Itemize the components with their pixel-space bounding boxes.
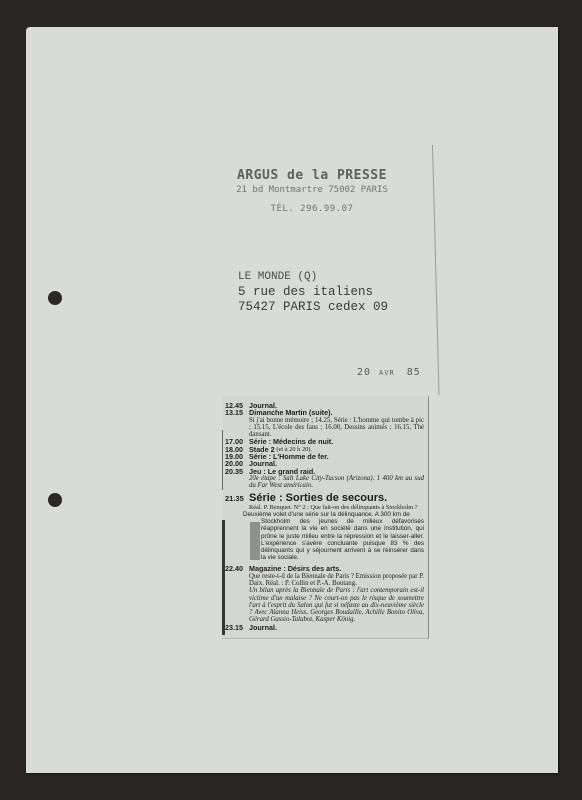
clipping-edge-mark [222, 430, 223, 490]
agency-stamp: ARGUS de la PRESSE 21 bd Montmartre 7500… [222, 168, 402, 214]
program-time: 13.15 [225, 409, 249, 416]
program-time: 20.35 [225, 468, 249, 475]
stamp-title: ARGUS de la PRESSE [222, 168, 402, 183]
program-listing: 12.45 Journal. 13.15 Dimanche Martin (su… [225, 402, 424, 631]
program-title: Jeu : Le grand raid. [249, 468, 315, 475]
featured-credits: Réal. P. Benquet. N° 2 : Que fait-on des… [225, 504, 424, 511]
punch-hole-top [48, 291, 62, 305]
recipient-name: LE MONDE (Q) [238, 270, 388, 285]
program-title: Magazine : Désirs des arts. [249, 565, 341, 572]
program-time: 23.15 [225, 624, 249, 631]
recipient-street: 5 rue des italiens [238, 285, 388, 300]
newspaper-clipping: 12.45 Journal. 13.15 Dimanche Martin (su… [222, 396, 429, 639]
program-description: Si j'ai bonne mémoire ; 14.25, Série : L… [225, 417, 424, 439]
date-year: 85 [407, 367, 421, 378]
stamp-address: 21 bd Montmartre 75002 PARIS [222, 185, 402, 195]
program-description: 20e étape : Salt Lake City-Tucson (Arizo… [225, 475, 424, 490]
program-row: 13.15 Dimanche Martin (suite). [225, 409, 424, 416]
program-description: Un bilan après la Biennale de Paris : l'… [225, 587, 424, 623]
featured-title: Série : Sorties de secours. [249, 492, 387, 504]
program-description: Que reste-t-il de la Biennale de Paris ?… [225, 573, 424, 588]
featured-program: 21.35 Série : Sorties de secours. [225, 492, 424, 504]
recipient-address: LE MONDE (Q) 5 rue des italiens 75427 PA… [238, 270, 388, 315]
stamp-phone: TÉL. 296.99.07 [222, 204, 402, 214]
date-stamp: 20AVR85 [357, 367, 421, 378]
program-title: Journal. [249, 624, 277, 631]
recipient-city: 75427 PARIS cedex 09 [238, 300, 388, 315]
clipping-dark-bar [222, 520, 225, 635]
program-title: Dimanche Martin (suite). [249, 409, 332, 416]
program-time: 21.35 [225, 492, 249, 504]
program-row: 23.15 Journal. [225, 624, 424, 631]
date-day: 20 [357, 367, 371, 378]
program-time: 22.40 [225, 565, 249, 572]
date-month: AVR [379, 369, 395, 377]
photo-placeholder [250, 522, 260, 560]
program-row: 20.35 Jeu : Le grand raid. [225, 468, 424, 475]
featured-intro: Deuxième volet d'une série sur la délinq… [225, 511, 424, 518]
punch-hole-bottom [48, 493, 62, 507]
program-row: 22.40 Magazine : Désirs des arts. [225, 565, 424, 572]
